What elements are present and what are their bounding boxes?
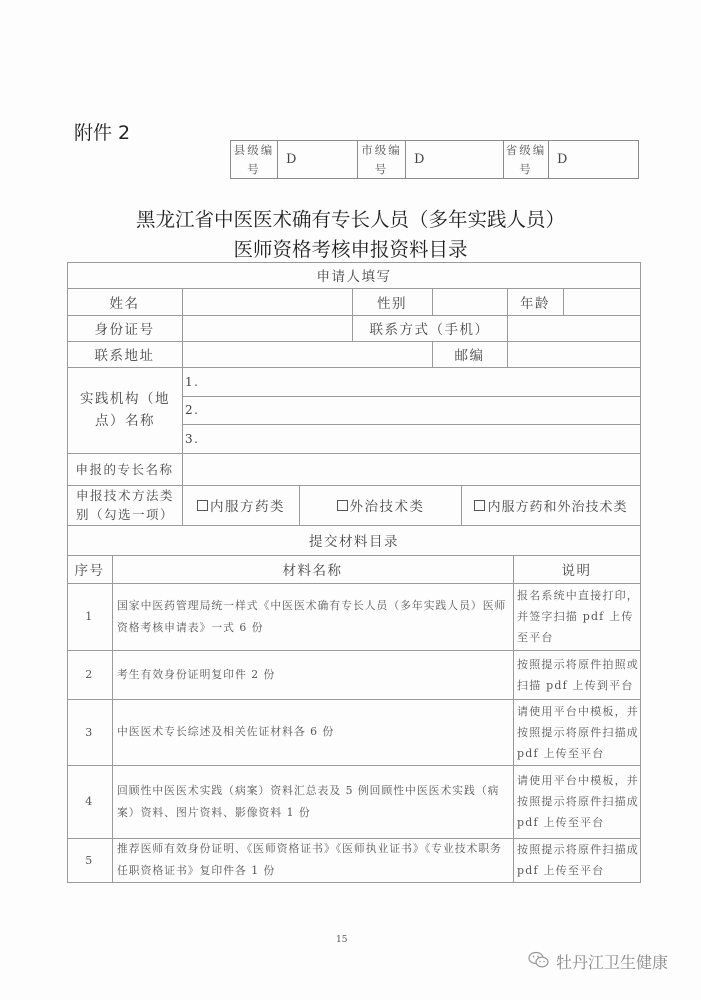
wechat-icon	[528, 951, 550, 973]
watermark: 牡丹江卫生健康	[528, 950, 668, 973]
name-field[interactable]	[183, 288, 352, 315]
id-field[interactable]	[183, 315, 352, 341]
postcode-field[interactable]	[508, 341, 640, 367]
practice-field-2[interactable]: 2.	[183, 396, 640, 424]
gender-field[interactable]	[433, 288, 507, 315]
age-field[interactable]	[564, 288, 640, 315]
category-label: 申报技术方法类别（勾选一项）	[68, 485, 182, 525]
specialty-label: 申报的专长名称	[67, 453, 182, 485]
practice-field-3[interactable]: 3.	[183, 424, 640, 453]
page-number: 15	[336, 935, 347, 945]
materials-section-header: 提交材料目录	[67, 525, 641, 555]
material-row-2-no: 2	[67, 650, 112, 699]
phone-field[interactable]	[508, 315, 640, 341]
material-row-4-no: 4	[67, 765, 112, 838]
id-label: 身份证号	[67, 315, 182, 341]
col-header-name: 材料名称	[112, 555, 513, 583]
watermark-text: 牡丹江卫生健康	[556, 950, 668, 973]
category-option-internal[interactable]: 内服方药类	[183, 485, 299, 525]
specialty-field[interactable]	[183, 453, 640, 485]
practice-label: 实践机构（地点）名称	[68, 367, 182, 453]
material-row-2-name: 考生有效身份证明复印件 2 份	[113, 650, 513, 699]
material-row-5-name: 推荐医师有效身份证明、《医师资格证书》《医师执业证书》《专业技术职务任职资格证书…	[113, 838, 513, 882]
address-label: 联系地址	[67, 341, 182, 367]
name-label: 姓名	[67, 288, 182, 315]
material-row-3-name: 中医医术专长综述及相关佐证材料各 6 份	[113, 699, 513, 765]
col-header-note: 说明	[513, 555, 640, 583]
material-row-5-no: 5	[67, 838, 112, 882]
material-row-2-note: 按照提示将原件拍照或扫描 pdf 上传到平台	[514, 650, 640, 699]
gender-label: 性别	[352, 288, 432, 315]
material-row-4-name: 回顾性中医医术实践（病案）资料汇总表及 5 例回顾性中医医术实践（病案）资料、图…	[113, 765, 513, 838]
checkbox-icon[interactable]	[474, 500, 485, 511]
address-field[interactable]	[183, 341, 432, 367]
phone-label: 联系方式（手机）	[352, 315, 507, 341]
applicant-section-header: 申请人填写	[67, 262, 641, 288]
material-row-3-no: 3	[67, 699, 112, 765]
postcode-label: 邮编	[432, 341, 507, 367]
material-row-1-note: 报名系统中直接打印，并签字扫描 pdf 上传至平台	[514, 583, 640, 650]
category-option-external[interactable]: 外治技术类	[300, 485, 461, 525]
checkbox-icon[interactable]	[337, 500, 348, 511]
age-label: 年龄	[507, 288, 563, 315]
material-row-1-no: 1	[67, 583, 112, 650]
material-row-5-note: 按照提示将原件扫描成 pdf 上传至平台	[514, 838, 640, 882]
material-row-4-note: 请使用平台中模板，并按照提示将原件扫描成 pdf 上传至平台	[514, 765, 640, 838]
col-header-no: 序号	[67, 555, 112, 583]
checkbox-icon[interactable]	[197, 500, 208, 511]
category-option-both[interactable]: 内服方药和外治技术类	[462, 485, 640, 525]
material-row-3-note: 请使用平台中模板，并按照提示将原件扫描成 pdf 上传至平台	[514, 699, 640, 765]
practice-field-1[interactable]: 1.	[183, 367, 640, 396]
material-row-1-name: 国家中医药管理局统一样式《中医医术确有专长人员（多年实践人员）医师资格考核申请表…	[113, 583, 513, 650]
